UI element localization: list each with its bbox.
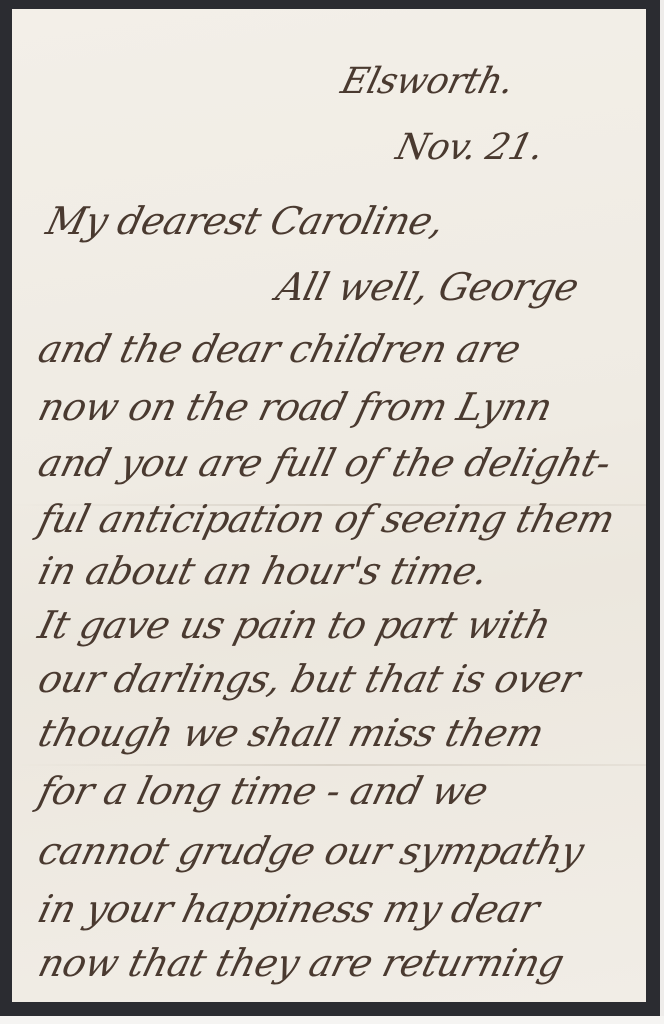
letter-line: ful anticipation of seeing them: [34, 497, 619, 541]
letter-line: now on the road from Lynn: [34, 385, 556, 429]
paper-fold: [12, 764, 646, 766]
letter-salutation: My dearest Caroline,: [42, 199, 449, 243]
letter-line: though we shall miss them: [34, 711, 548, 755]
letter-line: and the dear children are: [34, 327, 525, 371]
letter-date: Nov. 21.: [392, 127, 548, 168]
letter-line: for a long time - and we: [34, 769, 492, 813]
letter-line: now that they are returning: [34, 941, 568, 985]
letter-paper: Elsworth. Nov. 21. My dearest Caroline, …: [12, 9, 646, 1002]
letter-line: in about an hour's time.: [34, 549, 493, 593]
letter-line: and you are full of the delight-: [34, 441, 615, 485]
letter-place: Elsworth.: [337, 61, 518, 102]
scan-margin-right: [660, 0, 664, 1024]
scan-margin-bottom: [0, 1016, 664, 1024]
letter-line: our darlings, but that is over: [34, 657, 584, 701]
letter-line: All well, George: [272, 265, 583, 309]
letter-line: in your happiness my dear: [34, 887, 543, 931]
letter-line: It gave us pain to part with: [34, 603, 555, 647]
letter-line: cannot grudge our sympathy: [34, 829, 588, 873]
